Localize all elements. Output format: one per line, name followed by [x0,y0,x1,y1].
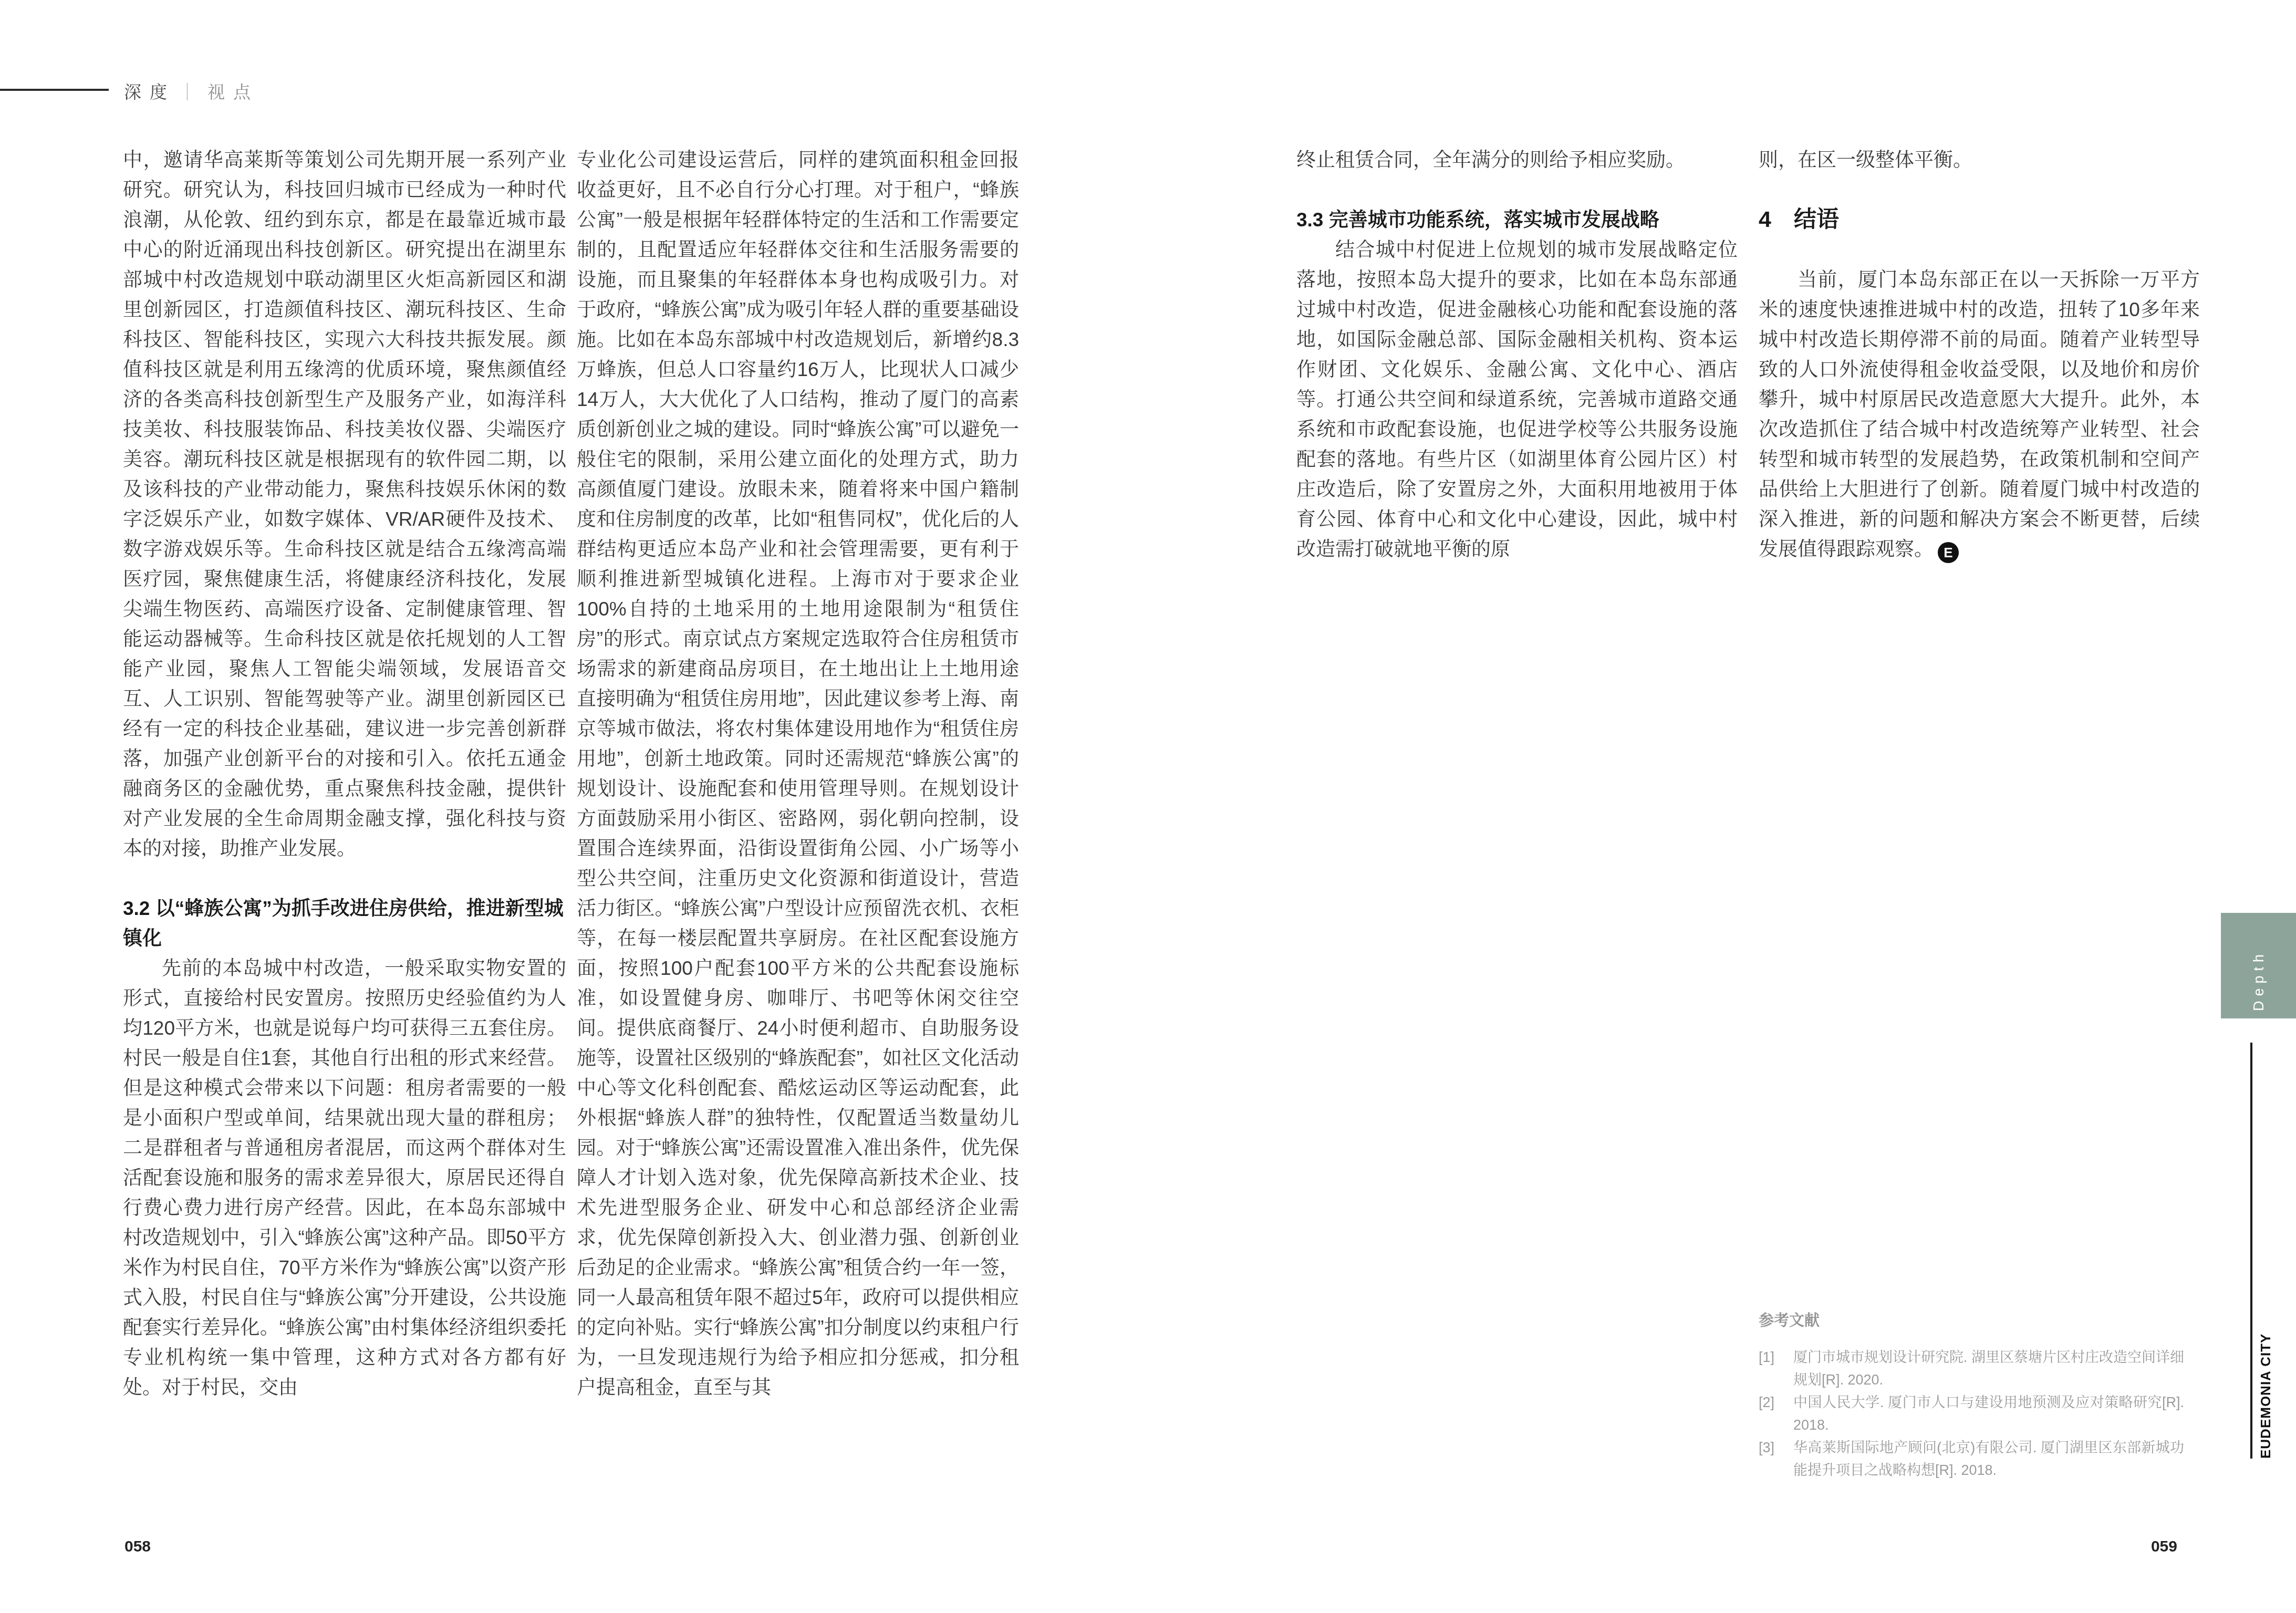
paragraph-spacer [123,863,566,893]
sidebar-vertical-rule [2250,1043,2252,1459]
paragraph: 结合城中村促进上位规划的城市发展战略定位落地，按照本岛大提升的要求，比如在本岛东… [1296,235,1738,564]
text-column-1: 中，邀请华高莱斯等策划公司先期开展一系列产业研究。研究认为，科技回归城市已经成为… [123,145,566,1402]
journal-spread: 深度｜视点 中，邀请华高莱斯等策划公司先期开展一系列产业研究。研究认为，科技回归… [0,0,2296,1613]
page-header: 深度｜视点 [124,79,259,103]
reference-text: 中国人民大学. 厦门市人口与建设用地预测及应对策略研究[R]. 2018. [1793,1391,2184,1437]
article-end-icon: E [1938,542,1959,563]
reference-marker: [1] [1759,1346,1793,1391]
paragraph: 当前，厦门本岛东部正在以一天拆除一万平方米的速度快速推进城中村的改造，扭转了10… [1759,265,2200,564]
paragraph-spacer [1759,235,2200,265]
paragraph-continued: 中，邀请华高莱斯等策划公司先期开展一系列产业研究。研究认为，科技回归城市已经成为… [123,145,566,863]
text-column-4: 则，在区一级整体平衡。 4 结语 当前，厦门本岛东部正在以一天拆除一万平方米的速… [1759,145,2200,564]
section-heading-4: 4 结语 [1759,205,2200,235]
paragraph-continued: 专业化公司建设运营后，同样的建筑面积租金回报收益更好，且不必自行分心打理。对于租… [577,145,1019,1402]
reference-item: [2] 中国人民大学. 厦门市人口与建设用地预测及应对策略研究[R]. 2018… [1759,1391,2184,1437]
paragraph-spacer [1296,175,1738,205]
reference-item: [3] 华高莱斯国际地产顾问(北京)有限公司. 厦门湖里区东部新城功能提升项目之… [1759,1437,2184,1482]
reference-marker: [2] [1759,1391,1793,1437]
header-subsection-label: 视点 [207,82,259,102]
journal-brand-vertical-label: EUDEMONIA CITY [2258,1334,2274,1459]
references-title: 参考文献 [1759,1309,2184,1330]
header-section-label: 深度 [124,82,175,102]
section-heading-3-3: 3.3 完善城市功能系统，落实城市发展战略 [1296,205,1738,235]
text-column-2: 专业化公司建设运营后，同样的建筑面积租金回报收益更好，且不必自行分心打理。对于租… [577,145,1019,1402]
header-rule [0,89,109,91]
section-heading-3-2: 3.2 以“蜂族公寓”为抓手改进住房供给，推进新型城镇化 [123,893,566,953]
paragraph: 先前的本岛城中村改造，一般采取实物安置的形式，直接给村民安置房。按照历史经验值约… [123,953,566,1402]
conclusion-text: 当前，厦门本岛东部正在以一天拆除一万平方米的速度快速推进城中村的改造，扭转了10… [1759,269,2200,560]
page-number-right: 059 [2130,1538,2177,1556]
reference-text: 厦门市城市规划设计研究院. 湖里区蔡塘片区村庄改造空间详细规划[R]. 2020… [1793,1346,2184,1391]
reference-text: 华高莱斯国际地产顾问(北京)有限公司. 厦门湖里区东部新城功能提升项目之战略构想… [1793,1437,2184,1482]
reference-marker: [3] [1759,1437,1793,1482]
paragraph-continued: 终止租赁合同，全年满分的则给予相应奖励。 [1296,145,1738,175]
text-column-3: 终止租赁合同，全年满分的则给予相应奖励。 3.3 完善城市功能系统，落实城市发展… [1296,145,1738,564]
paragraph-continued: 则，在区一级整体平衡。 [1759,145,2200,175]
references-section: 参考文献 [1] 厦门市城市规划设计研究院. 湖里区蔡塘片区村庄改造空间详细规划… [1759,1309,2184,1482]
reference-item: [1] 厦门市城市规划设计研究院. 湖里区蔡塘片区村庄改造空间详细规划[R]. … [1759,1346,2184,1391]
paragraph-spacer [1759,175,2200,205]
header-divider: ｜ [175,82,207,102]
depth-tab-label: Depth [2251,950,2267,1011]
page-number-left: 058 [124,1538,151,1556]
